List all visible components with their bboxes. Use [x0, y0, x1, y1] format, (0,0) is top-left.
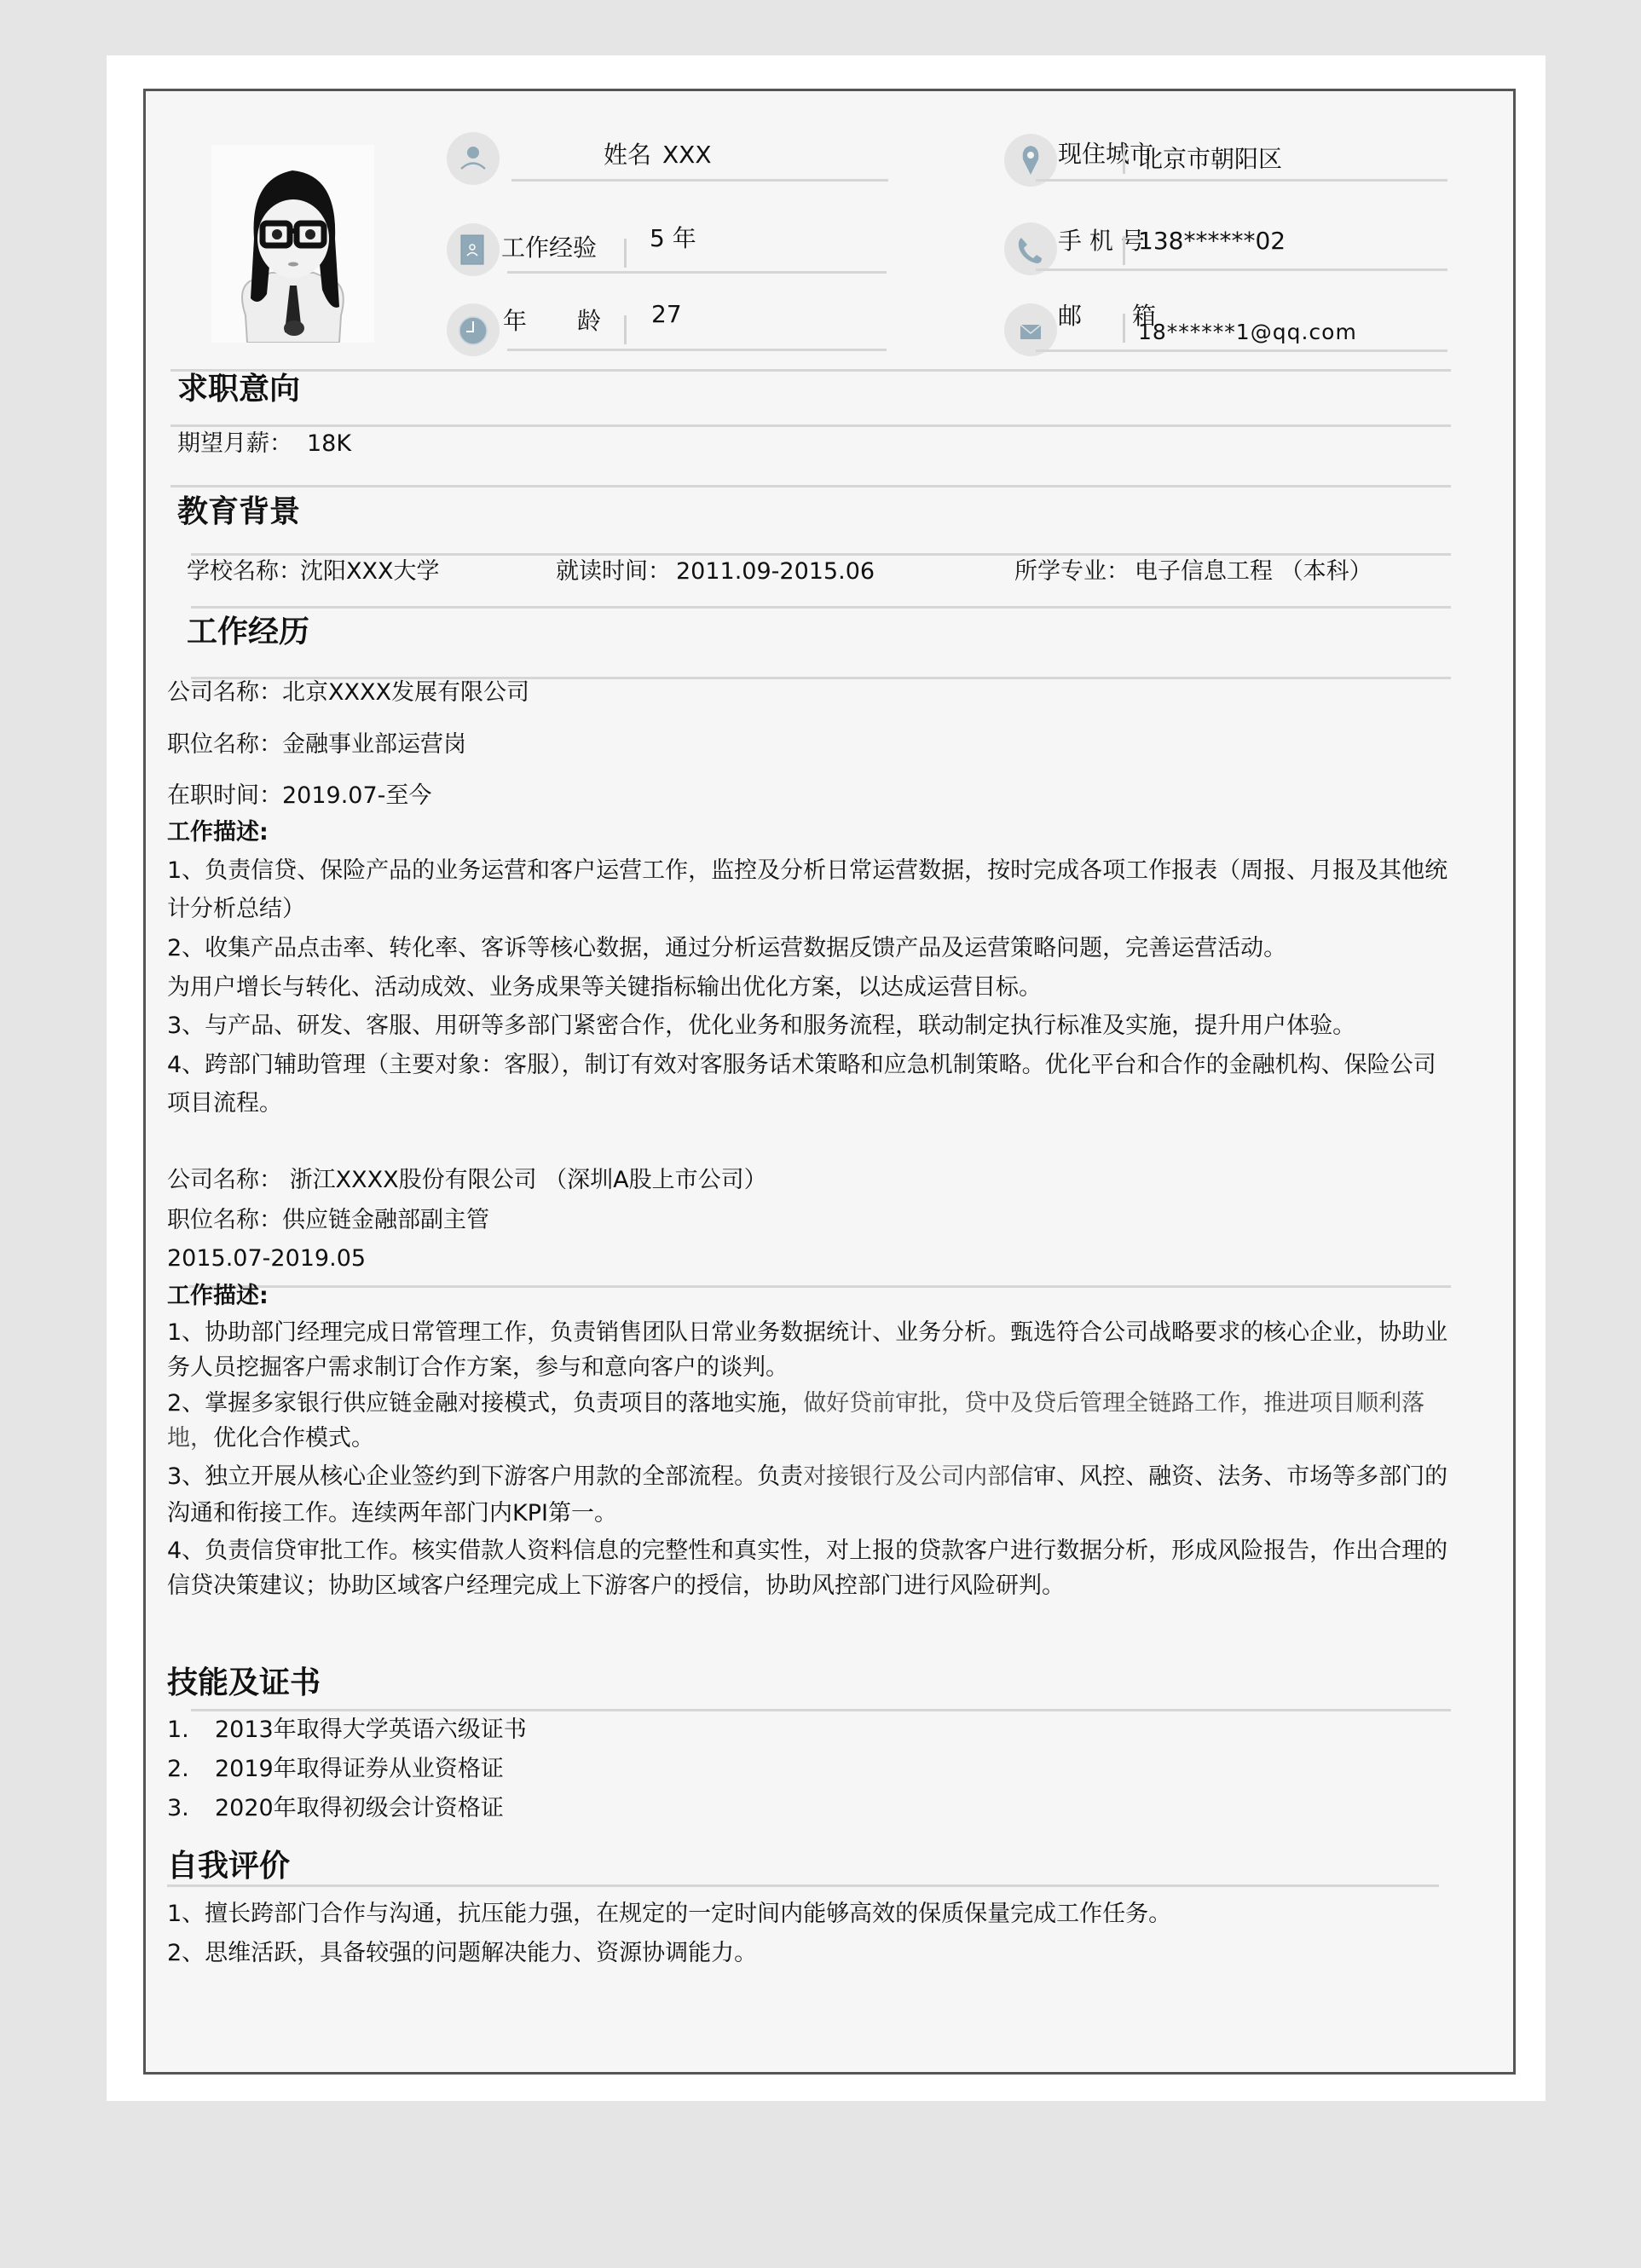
email-separator [1123, 314, 1125, 343]
job1-company: 公司名称：北京XXXX发展有限公司 [167, 679, 529, 707]
job1-period: 在职时间：2019.07-至今 [167, 782, 431, 810]
divider [170, 424, 1451, 427]
email-value: 18******1@qq.com [1138, 320, 1357, 345]
age-label-part1: 年 [503, 307, 527, 336]
age-value: 27 [651, 300, 682, 329]
phone-value: 138******02 [1138, 227, 1286, 256]
skill-number: 3. [167, 1795, 189, 1822]
experience-underline [507, 271, 887, 274]
name-value: XXX [662, 141, 712, 170]
phone-underline [1036, 268, 1447, 271]
salary-value: 18K [307, 430, 351, 458]
job1-position: 职位名称：金融事业部运营岗 [167, 731, 466, 759]
salary-label: 期望月薪： [177, 430, 292, 458]
phone-label: 手 机 号 [1058, 227, 1145, 256]
skill-item: 2013年取得大学英语六级证书 [215, 1717, 527, 1744]
job2-desc-item: 2、掌握多家银行供应链金融对接模式，负责项目的落地实施，做好贷前审批，贷中及贷后… [167, 1386, 1454, 1456]
experience-label: 工作经验 [501, 234, 597, 263]
job2-period: 2015.07-2019.05 [167, 1245, 366, 1273]
section-title-job-intention: 求职意向 [177, 371, 300, 408]
skill-number: 2. [167, 1756, 189, 1783]
section-title-skills: 技能及证书 [167, 1665, 321, 1702]
mail-icon [1004, 303, 1057, 356]
clock-icon [447, 303, 500, 356]
section-title-self-evaluation: 自我评价 [167, 1848, 290, 1885]
divider [191, 606, 1451, 609]
skill-number: 1. [167, 1717, 189, 1744]
section-title-work: 工作经历 [187, 614, 309, 651]
divider [191, 1709, 1451, 1711]
major-label: 所学专业： [1014, 558, 1130, 586]
divider [170, 369, 1451, 372]
section-title-education: 教育背景 [177, 493, 300, 531]
divider [167, 1884, 1439, 1887]
job2-company: 公司名称： 浙江XXXX股份有限公司 （深圳A股上市公司） [167, 1167, 767, 1194]
job1-desc-item: 2、收集产品点击率、转化率、客诉等核心数据，通过分析运营数据反馈产品及运营策略问… [167, 929, 1454, 967]
job2-item2-text: 优化合作模式。 [213, 1425, 374, 1451]
self-eval-item: 1、擅长跨部门合作与沟通，抗压能力强，在规定的一定时间内能够高效的保质保量完成工… [167, 1901, 1171, 1928]
divider [170, 485, 1451, 488]
person-icon [447, 132, 500, 185]
period-value: 2011.09-2015.06 [676, 558, 875, 586]
job1-desc-item: 1、负责信贷、保险产品的业务运营和客户运营工作，监控及分析日常运营数据，按时完成… [167, 851, 1454, 928]
age-underline [507, 349, 887, 351]
major-value: 电子信息工程 （本科） [1135, 558, 1372, 586]
job2-desc-item: 3、独立开展从核心企业签约到下游客户用款的全部流程。负责对接银行及公司内部信审、… [167, 1458, 1454, 1532]
city-value: 北京市朝阳区 [1139, 145, 1282, 174]
name-underline [511, 179, 888, 182]
period-label: 就读时间： [556, 558, 671, 586]
experience-value: 5 年 [650, 224, 696, 253]
age-label-part2: 龄 [577, 307, 601, 336]
skill-item: 2019年取得证券从业资格证 [215, 1756, 504, 1783]
job2-item3-text-grey: 对接银行及公司内部 [803, 1463, 1010, 1490]
phone-icon [1004, 222, 1057, 275]
avatar-photo [211, 145, 374, 343]
job1-desc-item: 为用户增长与转化、活动成效、业务成果等关键指标输出优化方案，以达成运营目标。 [167, 968, 1454, 1007]
divider [189, 1285, 1451, 1288]
job2-desc-item: 4、负责信贷审批工作。核实借款人资料信息的完整性和真实性，对上报的贷款客户进行数… [167, 1533, 1454, 1603]
phone-separator [1123, 236, 1125, 265]
avatar-illustration [211, 145, 374, 343]
experience-separator [624, 239, 627, 268]
job2-desc-label: 工作描述: [167, 1283, 269, 1310]
self-eval-item: 2、思维活跃，具备较强的问题解决能力、资源协调能力。 [167, 1940, 757, 1967]
email-underline [1036, 349, 1447, 352]
city-underline-long [1036, 179, 1447, 182]
job2-item3-text: 3、独立开展从核心企业签约到下游客户用款的全部流程。负责 [167, 1463, 803, 1490]
contact-book-icon [447, 223, 500, 276]
skill-item: 2020年取得初级会计资格证 [215, 1795, 504, 1822]
job1-desc-item: 4、跨部门辅助管理（主要对象：客服），制订有效对客服务话术策略和应急机制策略。优… [167, 1046, 1454, 1122]
job2-item2-text: 2、掌握多家银行供应链金融对接模式，负责项目的落地实施， [167, 1390, 803, 1417]
age-separator [624, 315, 627, 344]
name-label: 姓名 [604, 141, 651, 170]
email-label-part1: 邮 [1058, 302, 1082, 331]
divider [191, 553, 1451, 556]
job1-desc-item: 3、与产品、研发、客服、用研等多部门紧密合作，优化业务和服务流程，联动制定执行标… [167, 1007, 1454, 1045]
school-label: 学校名称： [187, 558, 302, 586]
school-value: 沈阳XXX大学 [300, 558, 440, 586]
job2-position: 职位名称：供应链金融部副主管 [167, 1207, 489, 1234]
job1-desc-label: 工作描述: [167, 819, 269, 846]
job2-desc-item: 1、协助部门经理完成日常管理工作，负责销售团队日常业务数据统计、业务分析。甄选符… [167, 1315, 1454, 1385]
city-separator [1123, 145, 1125, 174]
